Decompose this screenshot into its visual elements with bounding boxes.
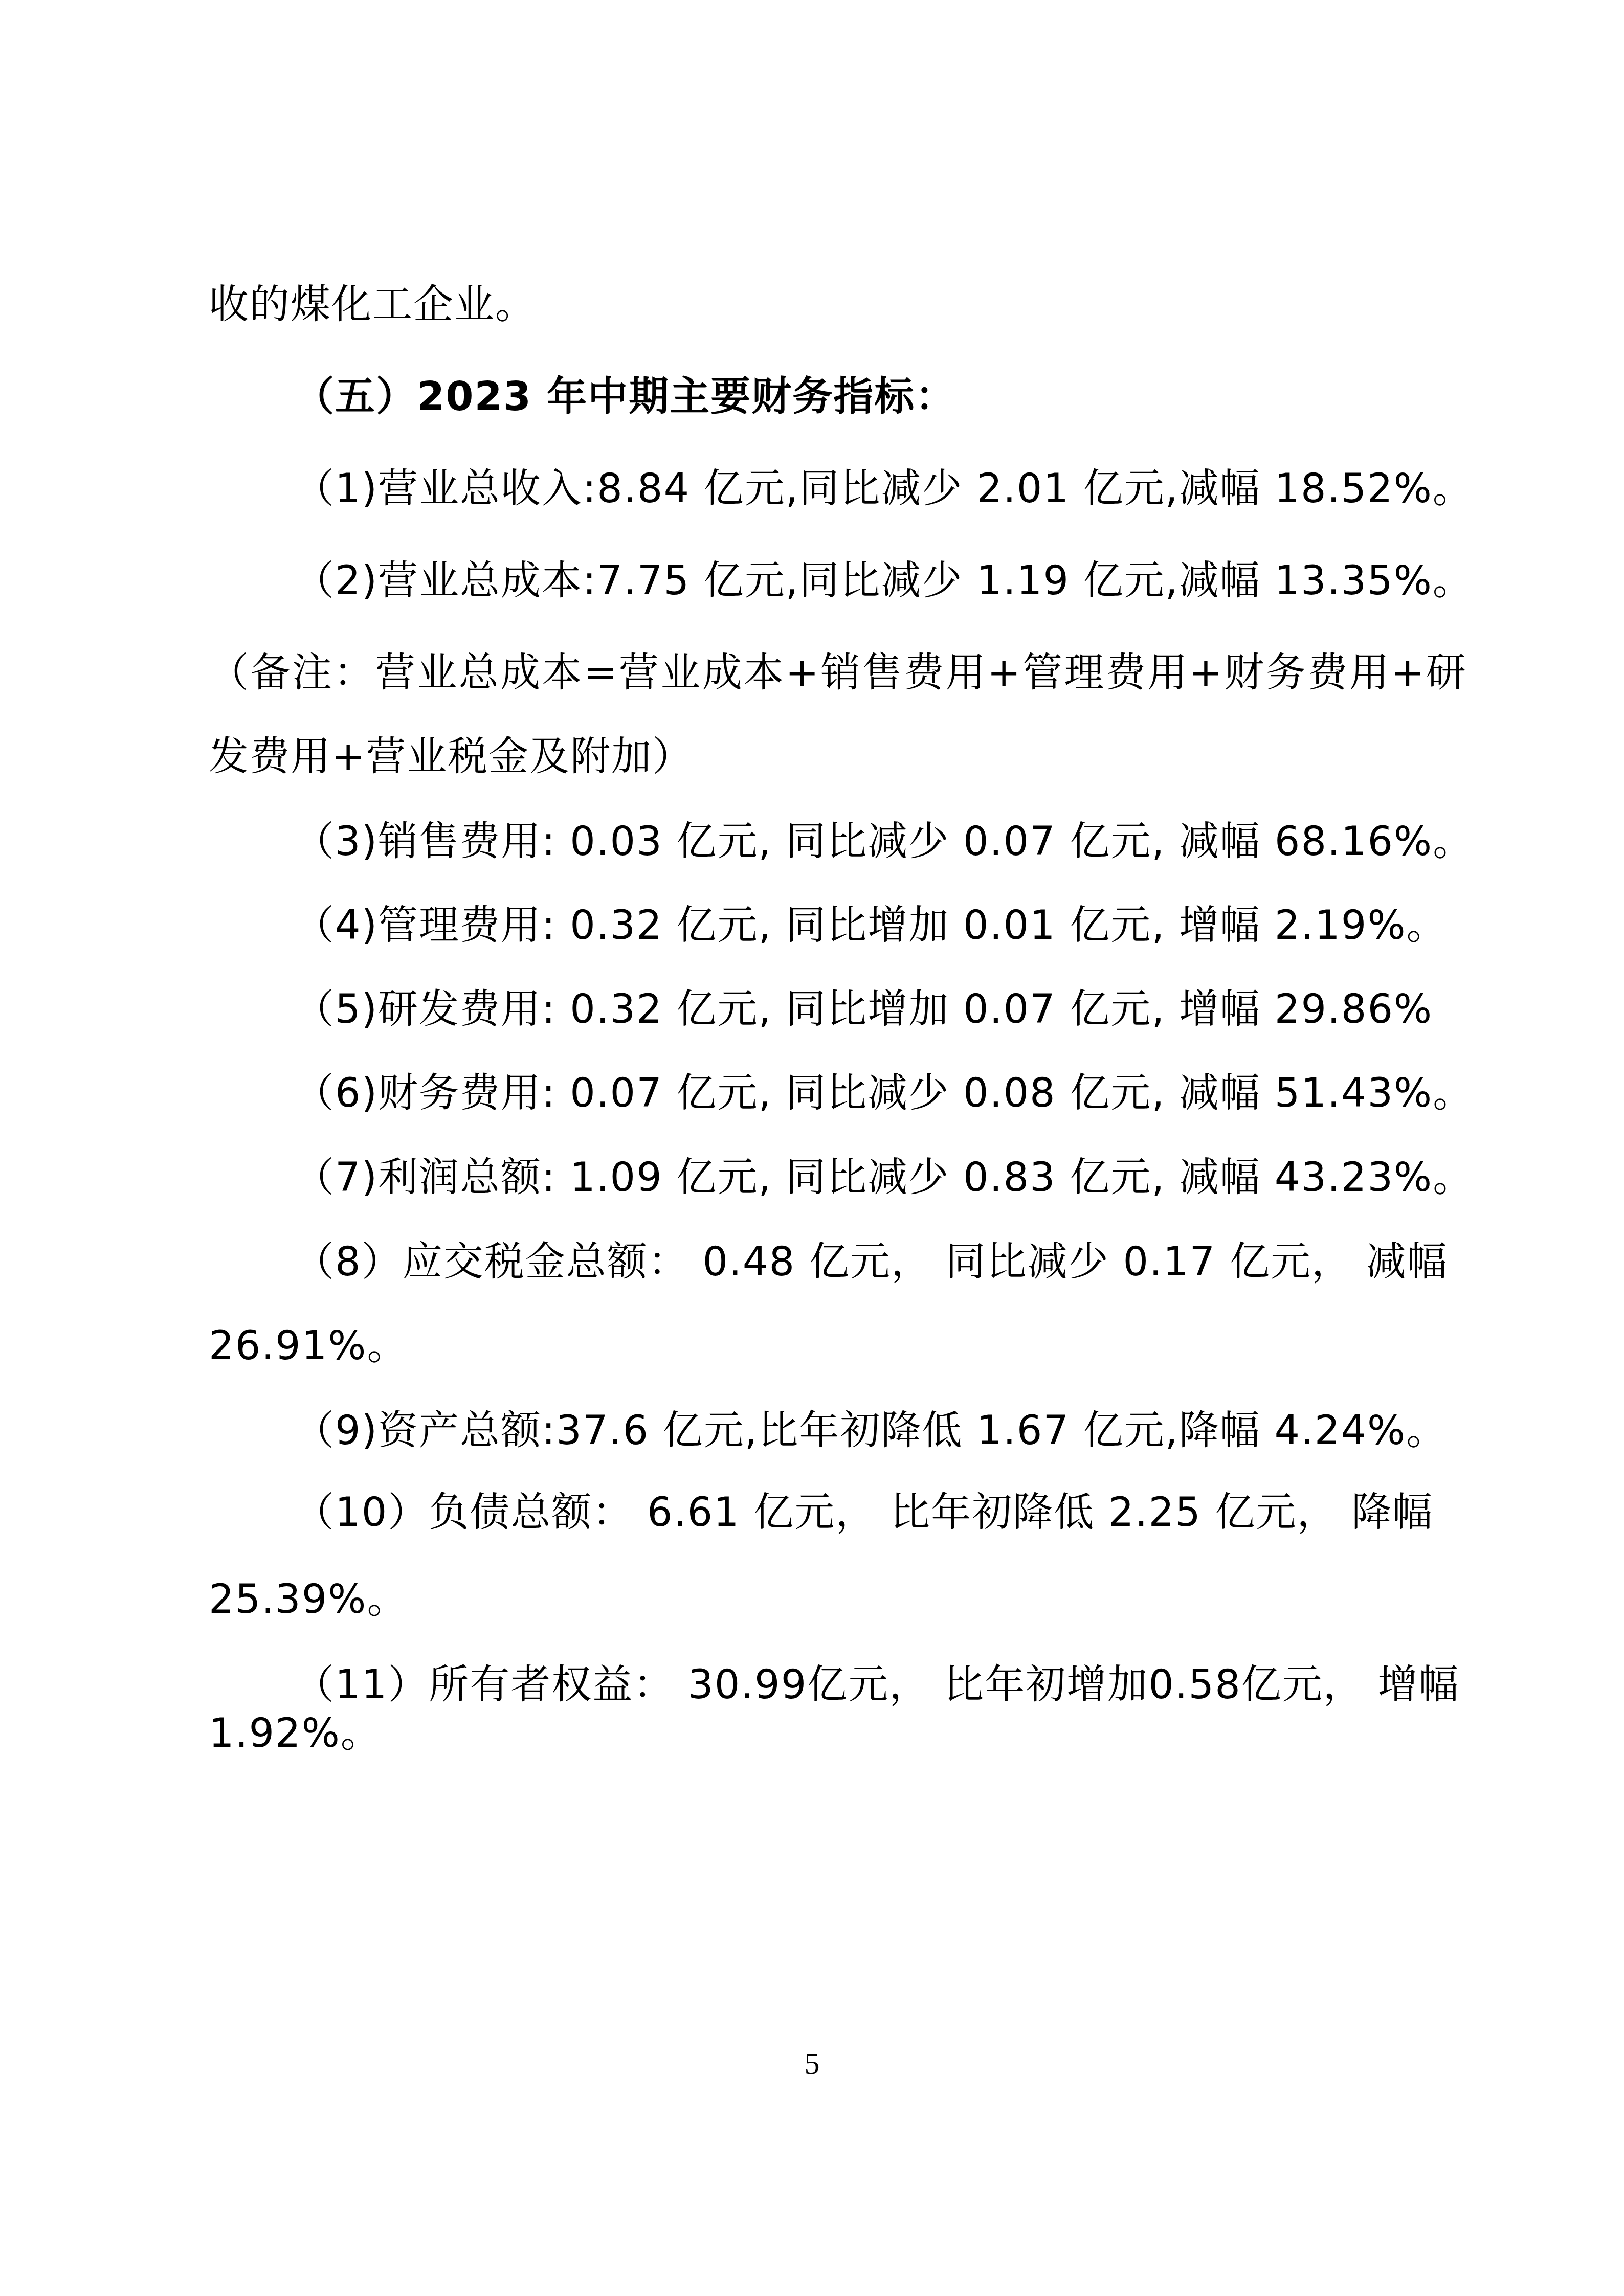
financial-item-8: （8）应交税金总额： 0.48 亿元， 同比减少 0.17 亿元， 减幅 <box>294 1236 1552 1288</box>
financial-item-11-continued: 1.92%。 <box>209 1708 1467 1759</box>
financial-item-10-continued: 25.39%。 <box>209 1574 1467 1625</box>
note-line-2: 发费用+营业税金及附加） <box>209 731 1467 782</box>
financial-item-4: （4)管理费用: 0.32 亿元, 同比增加 0.01 亿元, 增幅 2.19%… <box>294 900 1552 951</box>
financial-item-2: （2)营业总成本:7.75 亿元,同比减少 1.19 亿元,减幅 13.35%。 <box>294 555 1552 606</box>
document-page: 收的煤化工企业。 （五）2023 年中期主要财务指标： （1)营业总收入:8.8… <box>0 0 1624 2296</box>
financial-item-8-continued: 26.91%。 <box>209 1320 1467 1371</box>
financial-item-6: （6)财务费用: 0.07 亿元, 同比减少 0.08 亿元, 减幅 51.43… <box>294 1068 1552 1119</box>
note-line-1: （备注：营业总成本=营业成本+销售费用+管理费用+财务费用+研 <box>209 647 1467 699</box>
financial-item-10: （10）负债总额： 6.61 亿元， 比年初降低 2.25 亿元， 降幅 <box>294 1487 1552 1538</box>
financial-item-11: （11）所有者权益： 30.99亿元， 比年初增加0.58亿元， 增幅 <box>294 1659 1552 1710</box>
financial-item-5: （5)研发费用: 0.32 亿元, 同比增加 0.07 亿元, 增幅 29.86… <box>294 984 1552 1035</box>
financial-item-1: （1)营业总收入:8.84 亿元,同比减少 2.01 亿元,减幅 18.52%。 <box>294 463 1552 514</box>
page-number: 5 <box>0 2045 1624 2081</box>
paragraph-continuation: 收的煤化工企业。 <box>209 279 1467 330</box>
financial-item-9: （9)资产总额:37.6 亿元,比年初降低 1.67 亿元,降幅 4.24%。 <box>294 1405 1552 1456</box>
financial-item-3: （3)销售费用: 0.03 亿元, 同比减少 0.07 亿元, 减幅 68.16… <box>294 816 1552 867</box>
financial-item-7: （7)利润总额: 1.09 亿元, 同比减少 0.83 亿元, 减幅 43.23… <box>294 1152 1552 1203</box>
section-heading: （五）2023 年中期主要财务指标： <box>294 371 1552 422</box>
